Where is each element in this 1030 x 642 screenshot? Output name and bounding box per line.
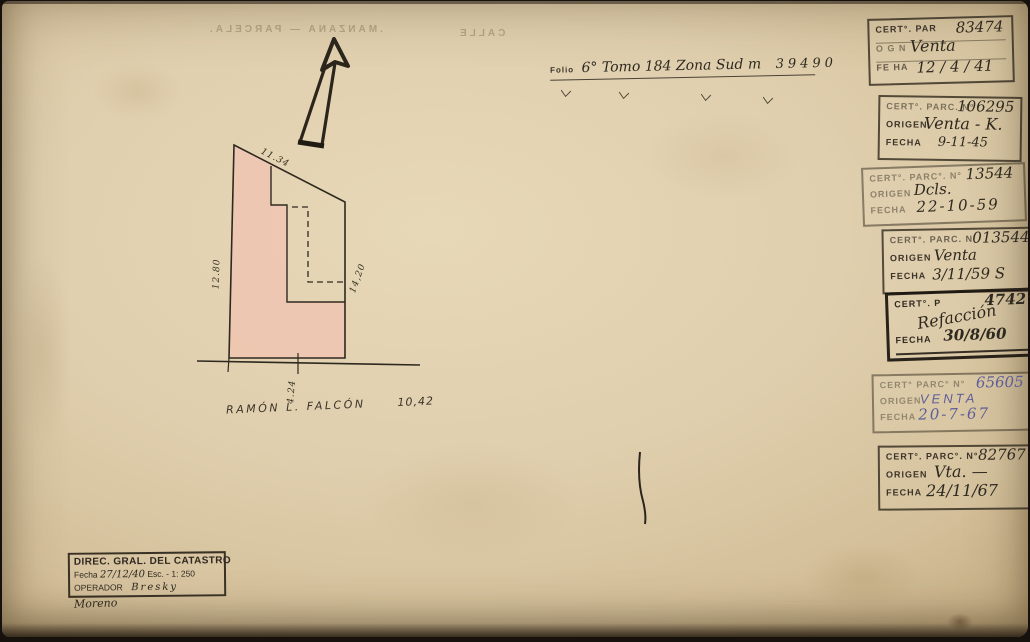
paper-stain xyxy=(362,441,582,561)
stamp-number: 013544 xyxy=(972,228,1028,247)
stamp-fecha: 22-10-59 xyxy=(916,195,1000,216)
stamp-label: O G N xyxy=(876,43,907,54)
check-mark xyxy=(561,85,571,97)
office-operador-label: OPERADOR xyxy=(74,582,123,593)
stamp-number: 83474 xyxy=(955,17,1003,36)
stamp-label: CERT° PARC° N° xyxy=(880,379,966,390)
folio-number: 39490 xyxy=(775,56,837,72)
stamp-fecha: 3/11/59 S xyxy=(932,264,1005,283)
office-fecha-label: Fecha xyxy=(74,570,98,580)
check-mark xyxy=(619,87,629,99)
paper-stain xyxy=(12,251,72,451)
photo-edge-bottom xyxy=(2,623,1028,637)
paper-sheet: .MANZANA — PARCELA. CALLE Folio 6° Tomo … xyxy=(2,1,1028,637)
check-mark xyxy=(701,89,711,101)
stamp-origen: Venta xyxy=(910,36,956,56)
stamp-label: ORIGEN xyxy=(870,188,912,199)
scanned-cadastral-document: .MANZANA — PARCELA. CALLE Folio 6° Tomo … xyxy=(0,0,1030,642)
stamp-label: CERT°. PAR xyxy=(875,23,937,35)
folio-text: 6° Tomo 184 Zona Sud m xyxy=(581,56,761,76)
parcel-plan: 11.34 12.80 14,20 4.24 xyxy=(192,134,442,434)
check-mark xyxy=(763,92,773,104)
cert-stamp-2: CERT°. PARC. N° 106295 ORIGEN Venta - K.… xyxy=(878,95,1023,162)
cert-stamp-5: CERT°. P 4742 Refacción FECHA 30/8/60 xyxy=(885,287,1028,361)
stamp-fecha: 24/11/67 xyxy=(926,481,998,501)
stamp-fecha: 9-11-45 xyxy=(938,135,988,151)
ghost-header-calle: CALLE xyxy=(457,28,505,39)
stamp-label: ORIGEN xyxy=(880,396,922,407)
tick xyxy=(228,358,229,372)
office-stamp-title: DIREC. GRAL. DEL CATASTRO xyxy=(74,555,220,568)
dim-right: 14,20 xyxy=(348,262,368,294)
catastro-office-stamp: DIREC. GRAL. DEL CATASTRO Fecha 27/12/40… xyxy=(68,551,226,598)
stamp-label: FECHA xyxy=(886,137,922,148)
stamp-label: FECHA xyxy=(890,271,926,282)
stamp-label: FE HA xyxy=(876,62,908,73)
stamp-fecha: 20-7-67 xyxy=(918,404,990,423)
dashed-building-line xyxy=(292,207,345,282)
street-line xyxy=(197,361,420,365)
office-operador-value: Bresky xyxy=(131,582,178,593)
stamp-number: 65605 xyxy=(976,373,1024,392)
paper-stain xyxy=(642,111,802,201)
stray-pen-mark xyxy=(630,449,654,527)
cert-stamp-7: CERT°. PARC°. N° 82767 ORIGEN Vta. — FEC… xyxy=(878,444,1028,510)
stamp-number: 106295 xyxy=(957,97,1015,116)
stamp-label: FECHA xyxy=(886,487,922,497)
photo-edge-top xyxy=(2,1,1028,4)
stamp-label: FECHA xyxy=(880,412,916,423)
cert-stamp-1: CERT°. PAR 83474 O G N Venta FE HA 12 / … xyxy=(867,15,1015,86)
street-width: 10,42 xyxy=(397,394,434,409)
stamp-origen: Venta - K. xyxy=(924,114,1003,134)
stamp-fecha: 12 / 4 / 41 xyxy=(916,57,993,77)
stamp-label: FECHA xyxy=(895,334,931,345)
office-fecha-value: 27/12/40 xyxy=(100,569,145,580)
stamp-label: ORIGEN xyxy=(890,252,932,263)
stamp-label: CERT°. P xyxy=(894,298,941,310)
stamp-fecha: 30/8/60 xyxy=(943,324,1007,344)
dim-left: 12.80 xyxy=(211,258,222,289)
stamp-number: 13544 xyxy=(965,164,1013,184)
stamp-label: CERT°. PARC°. N° xyxy=(886,451,979,462)
cert-stamp-3: CERT°. PARC°. N° 13544 ORIGEN Dcls. FECH… xyxy=(861,162,1027,227)
folio-label: Folio xyxy=(550,65,574,75)
stamp-label: ORIGEN xyxy=(886,469,928,479)
cert-stamp-6: CERT° PARC° N° 65605 ORIGEN VENTA FECHA … xyxy=(871,372,1028,434)
paper-stain xyxy=(92,61,182,121)
office-esc-label: Esc. - 1: 250 xyxy=(147,568,195,578)
stamp-label: FECHA xyxy=(870,204,906,215)
stamp-origen: Venta xyxy=(934,246,977,265)
paper-stain xyxy=(802,541,922,611)
stamp-origen: Vta. — xyxy=(934,462,988,481)
cert-stamp-4: CERT°. PARC. N 013544 ORIGEN Venta FECHA… xyxy=(881,227,1028,295)
folio-annotation: Folio 6° Tomo 184 Zona Sud m 39490 xyxy=(550,54,815,81)
office-stamp-annotation: Moreno xyxy=(74,596,118,611)
stamp-label: CERT°. PARC. N xyxy=(890,234,974,245)
stamp-label: ORIGEN xyxy=(886,119,928,130)
